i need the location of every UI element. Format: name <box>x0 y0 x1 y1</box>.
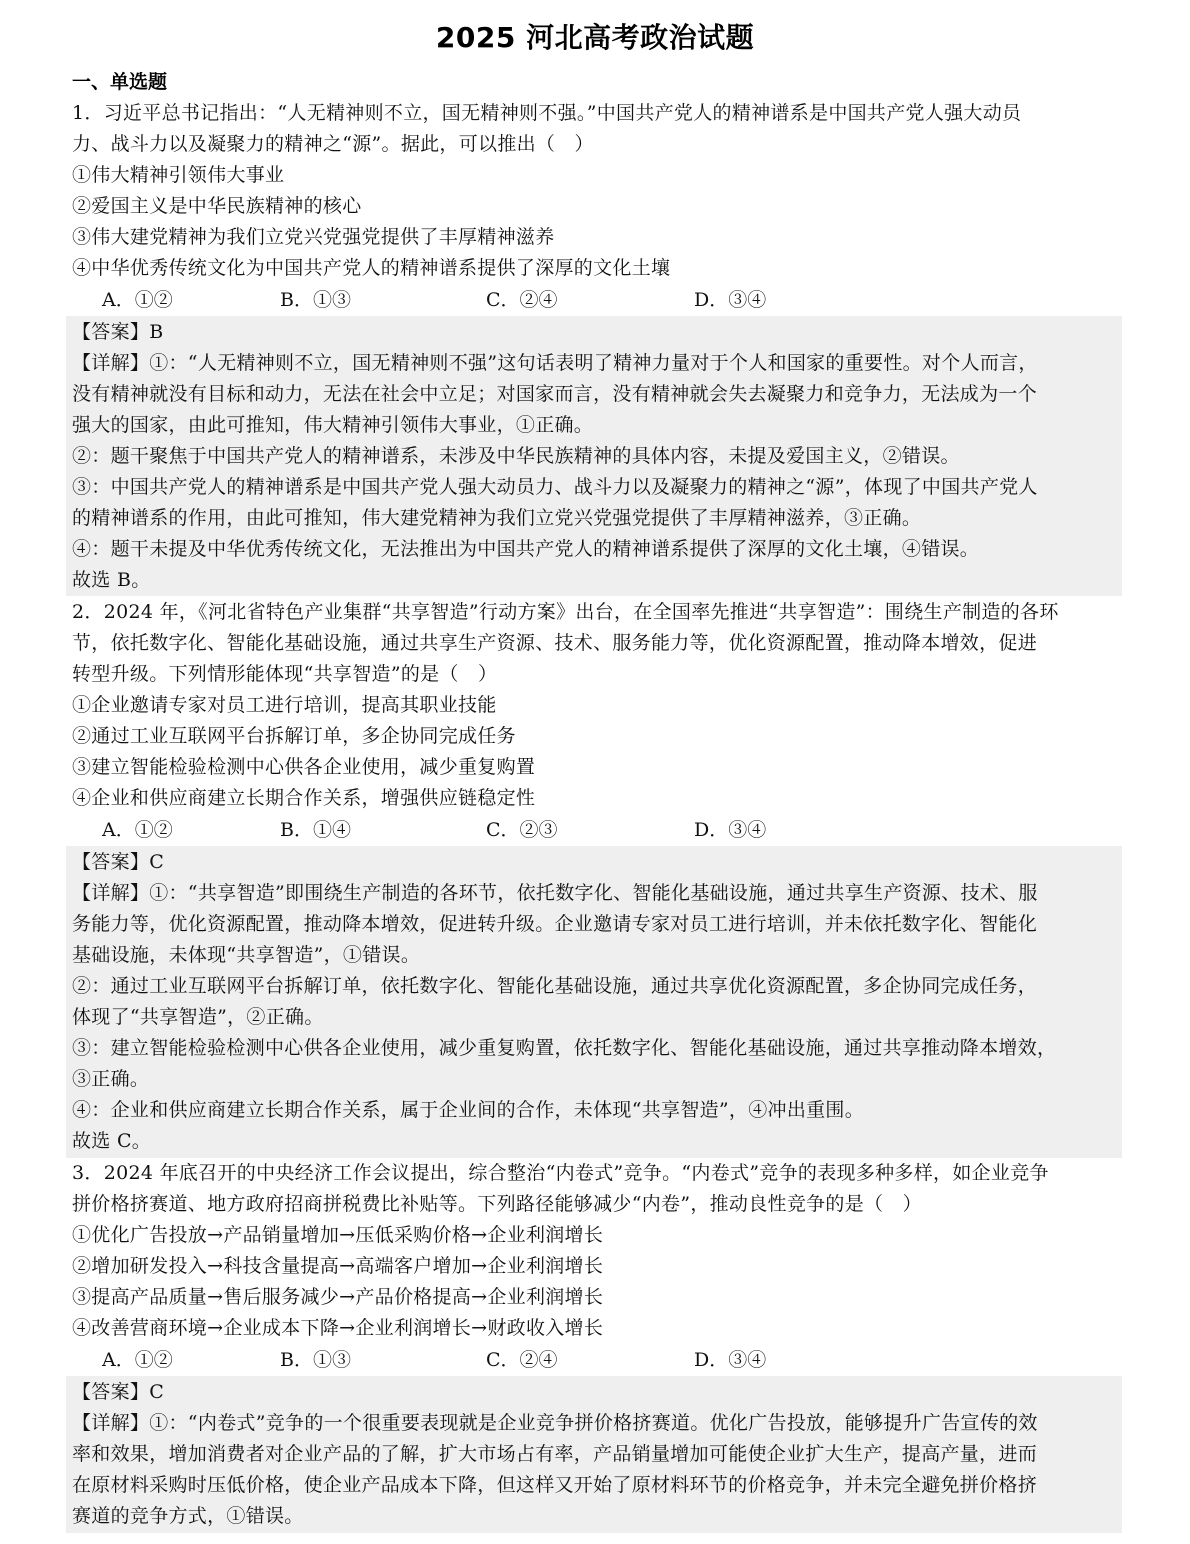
statement-1: ①企业邀请专家对员工进行培训，提高其职业技能 <box>72 690 1122 721</box>
section-heading: 一、单选题 <box>72 68 167 96</box>
question-stem-line: 力、战斗力以及凝聚力的精神之“源”。据此，可以推出（ ） <box>72 129 1122 160</box>
answer-options: A．①② B．①③ C．②④ D．③④ <box>72 285 1122 316</box>
statement-1: ①伟大精神引领伟大事业 <box>72 160 1122 191</box>
option-c: C．②③ <box>486 815 558 846</box>
answer-options: A．①② B．①③ C．②④ D．③④ <box>72 1345 1122 1376</box>
explanation-line: 基础设施，未体现“共享智造”，①错误。 <box>72 940 1122 971</box>
explanation-line: 【详解】①：“内卷式”竞争的一个很重要表现就是企业竞争拼价格挤赛道。优化广告投放… <box>72 1408 1122 1439</box>
explanation-line: 故选 C。 <box>72 1126 1122 1157</box>
option-c: C．②④ <box>486 285 558 316</box>
explanation-line: ②：通过工业互联网平台拆解订单，依托数字化、智能化基础设施，通过共享优化资源配置… <box>72 971 1122 1002</box>
explanation-line: 【详解】①：“共享智造”即围绕生产制造的各环节，依托数字化、智能化基础设施，通过… <box>72 878 1122 909</box>
option-d: D．③④ <box>694 285 766 316</box>
statement-3: ③提高产品质量→售后服务减少→产品价格提高→企业利润增长 <box>72 1282 1122 1313</box>
explanation-line: ②：题干聚焦于中国共产党人的精神谱系，未涉及中华民族精神的具体内容，未提及爱国主… <box>72 441 1122 472</box>
statement-4: ④中华优秀传统文化为中国共产党人的精神谱系提供了深厚的文化土壤 <box>72 253 1122 284</box>
explanation-line: 【详解】①：“人无精神则不立，国无精神则不强”这句话表明了精神力量对于个人和国家… <box>72 348 1122 379</box>
explanation-line: ④：企业和供应商建立长期合作关系，属于企业间的合作，未体现“共享智造”，④冲出重… <box>72 1095 1122 1126</box>
explanation-line: 在原材料采购时压低价格，使企业产品成本下降，但这样又开始了原材料环节的价格竞争，… <box>72 1470 1122 1501</box>
question-stem-line: 3．2024 年底召开的中央经济工作会议提出，综合整治“内卷式”竞争。“内卷式”… <box>72 1158 1122 1189</box>
explanation-line: 务能力等，优化资源配置，推动降本增效，促进转升级。企业邀请专家对员工进行培训，并… <box>72 909 1122 940</box>
question-stem-line: 转型升级。下列情形能体现“共享智造”的是（ ） <box>72 659 1122 690</box>
statement-2: ②通过工业互联网平台拆解订单，多企协同完成任务 <box>72 721 1122 752</box>
explanation-line: 的精神谱系的作用，由此可推知，伟大建党精神为我们立党兴党强党提供了丰厚精神滋养，… <box>72 503 1122 534</box>
answer-line: 【答案】C <box>72 1377 1122 1408</box>
statement-3: ③伟大建党精神为我们立党兴党强党提供了丰厚精神滋养 <box>72 222 1122 253</box>
explanation-line: ③：建立智能检验检测中心供各企业使用，减少重复购置，依托数字化、智能化基础设施，… <box>72 1033 1122 1064</box>
option-a: A．①② <box>102 1345 173 1376</box>
explanation-line: 故选 B。 <box>72 565 1122 596</box>
question-stem-line: 节，依托数字化、智能化基础设施，通过共享生产资源、技术、服务能力等，优化资源配置… <box>72 628 1122 659</box>
option-d: D．③④ <box>694 1345 766 1376</box>
explanation-line: ③：中国共产党人的精神谱系是中国共产党人强大动员力、战斗力以及凝聚力的精神之“源… <box>72 472 1122 503</box>
explanation-line: ③正确。 <box>72 1064 1122 1095</box>
statement-2: ②爱国主义是中华民族精神的核心 <box>72 191 1122 222</box>
answer-line: 【答案】C <box>72 847 1122 878</box>
explanation-line: 强大的国家，由此可推知，伟大精神引领伟大事业，①正确。 <box>72 410 1122 441</box>
option-d: D．③④ <box>694 815 766 846</box>
statement-4: ④企业和供应商建立长期合作关系，增强供应链稳定性 <box>72 783 1122 814</box>
document-title: 2025 河北高考政治试题 <box>0 18 1190 58</box>
statement-2: ②增加研发投入→科技含量提高→高端客户增加→企业利润增长 <box>72 1251 1122 1282</box>
explanation-line: 没有精神就没有目标和动力，无法在社会中立足；对国家而言，没有精神就会失去凝聚力和… <box>72 379 1122 410</box>
question-stem-line: 拼价格挤赛道、地方政府招商拼税费比补贴等。下列路径能够减少“内卷”，推动良性竞争… <box>72 1189 1122 1220</box>
answer-options: A．①② B．①④ C．②③ D．③④ <box>72 815 1122 846</box>
option-b: B．①③ <box>280 285 351 316</box>
question-stem-line: 1．习近平总书记指出：“人无精神则不立，国无精神则不强。”中国共产党人的精神谱系… <box>72 98 1122 129</box>
question-stem-line: 2．2024 年，《河北省特色产业集群“共享智造”行动方案》出台，在全国率先推进… <box>72 597 1122 628</box>
explanation-line: 率和效果，增加消费者对企业产品的了解，扩大市场占有率，产品销量增加可能使企业扩大… <box>72 1439 1122 1470</box>
option-a: A．①② <box>102 285 173 316</box>
statement-1: ①优化广告投放→产品销量增加→压低采购价格→企业利润增长 <box>72 1220 1122 1251</box>
explanation-line: 体现了“共享智造”，②正确。 <box>72 1002 1122 1033</box>
option-b: B．①④ <box>280 815 351 846</box>
answer-line: 【答案】B <box>72 317 1122 348</box>
option-b: B．①③ <box>280 1345 351 1376</box>
explanation-line: ④：题干未提及中华优秀传统文化，无法推出为中国共产党人的精神谱系提供了深厚的文化… <box>72 534 1122 565</box>
statement-4: ④改善营商环境→企业成本下降→企业利润增长→财政收入增长 <box>72 1313 1122 1344</box>
explanation-line: 赛道的竞争方式，①错误。 <box>72 1501 1122 1532</box>
option-a: A．①② <box>102 815 173 846</box>
statement-3: ③建立智能检验检测中心供各企业使用，减少重复购置 <box>72 752 1122 783</box>
option-c: C．②④ <box>486 1345 558 1376</box>
